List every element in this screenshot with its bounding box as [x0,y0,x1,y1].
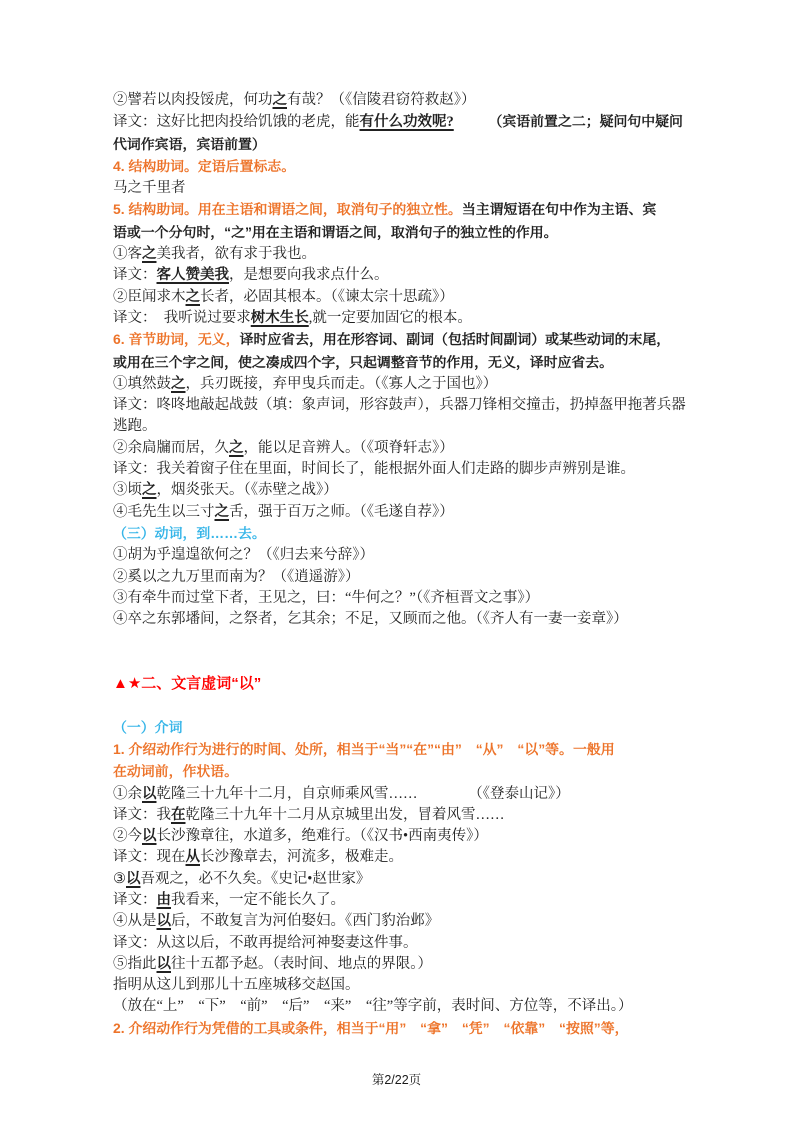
page-footer: 第2/22页 [0,1070,793,1088]
text-segment: 之 [186,289,201,305]
text-segment: 在 [171,807,186,823]
text-line: 译文：我在乾隆三十九年十二月从京城里出发，冒着风雪…… [113,805,691,826]
text-segment: ③ [113,871,126,887]
text-line: 马之千里者 [113,178,691,199]
text-segment: ，能以足音辨人。（《项脊轩志》） [244,440,454,456]
text-segment: ②余扃牖而居，久 [113,440,229,456]
document-page: ②譬若以肉投馁虎，何功之有哉？（《信陵君窃符救赵》）译文：这好比把肉投给饥饿的老… [0,0,793,1122]
text-segment: 5. 结构助词。用在主语和谓语之间，取消句子的独立性。 [113,201,462,217]
text-segment: 之 [273,92,288,108]
text-segment: 以 [157,956,172,972]
text-line: ②譬若以肉投馁虎，何功之有哉？（《信陵君窃符救赵》） [113,90,691,111]
page-number: 第2/22页 [372,1073,421,1087]
text-segment: 语或一个分句时，“之”用在主语和谓语之间，取消句子的独立性的作用。 [113,224,558,240]
text-segment: （三）动词，到……去。 [113,525,266,541]
text-segment: （一）介词 [113,719,182,735]
text-line: ▲★二、文言虚词“以” [113,673,691,695]
text-segment: 后，不敢复言为河伯娶妇。《西门豹治邺》 [171,913,439,929]
text-segment: 6. 音节助词，无义， [113,331,240,347]
text-line: ⑤指此以往十五都予赵。（表时间、地点的界限。） [113,954,691,975]
text-line: ③以吾观之，必不久矣。《史记•赵世家》 [113,869,691,890]
text-line: ②臣闻求木之长者，必固其根本。（《谏太宗十思疏》） [113,287,691,308]
text-segment: 之 [229,440,244,456]
text-segment: 1. 介绍动作行为进行的时间、处所，相当于“当”“在”“由” “从” “以”等。… [113,741,615,757]
text-segment: 译文：我关着窗子住在里面，时间长了，能根据外面人们走路的脚步声辨别是谁。 [113,461,635,477]
text-segment: 从 [186,849,201,865]
text-line: 指明从这儿到那儿十五座城移交赵国。 [113,975,691,996]
text-segment: 4. 结构助词。定语后置标志。 [113,158,295,174]
text-segment: 长沙豫章往，水道多，绝难行。（《汉书•西南夷传》） [157,828,488,844]
text-line: （一）介词 [113,717,691,739]
text-segment: 译文：从这以后，不敢再提给河神娶妻这件事。 [113,935,418,951]
text-line: ④卒之东郭墦间，之祭者，乞其余；不足，又顾而之他。（《齐人有一妻一妾章》） [113,609,691,630]
text-line: 语或一个分句时，“之”用在主语和谓语之间，取消句子的独立性的作用。 [113,222,691,244]
text-segment: 之 [142,246,157,262]
text-segment: ，是想要向我求点什么。 [229,267,389,283]
text-line: ①胡为乎遑遑欲何之？（《归去来兮辞》） [113,545,691,566]
text-segment: ,就一定要加固它的根本。 [309,310,472,326]
text-segment: 译文：咚咚地敲起战鼓（填：象声词，形容鼓声），兵器刀锋相交撞击，扔掉盔甲拖著兵器 [113,397,686,413]
text-segment: 由 [157,892,172,908]
text-segment: 或用在三个字之间，使之凑成四个字，只起调整音节的作用，无义，译时应省去。 [113,354,613,370]
text-segment: 逃跑。 [113,418,157,434]
text-segment: ⑤指此 [113,956,157,972]
text-line: ③顷之，烟炎张天。（《赤壁之战》） [113,480,691,501]
text-line: ②余扃牖而居，久之，能以足音辨人。（《项脊轩志》） [113,438,691,459]
text-line: 译文：客人赞美我，是想要向我求点什么。 [113,265,691,286]
text-segment: ③顷 [113,482,142,498]
text-segment: 译文： [113,267,157,283]
text-line: 译文：这好比把肉投给饥饿的老虎，能有什么功效呢? （宾语前置之二；疑问句中疑问 [113,111,691,133]
text-line: ①填然鼓之，兵刃既接，弃甲曳兵而走。（《寡人之于国也》） [113,374,691,395]
text-segment: 乾隆三十九年十二月从京城里出发，冒着风雪…… [186,807,505,823]
text-line: 2. 介绍动作行为凭借的工具或条件，相当于“用” “拿” “凭” “依靠” “按… [113,1018,691,1040]
text-line: ①余以乾隆三十九年十二月，自京师乘风雪…… （《登泰山记》） [113,784,691,805]
text-segment: ①胡为乎遑遑欲何之？（《归去来兮辞》） [113,547,374,563]
text-segment: 有什么功效呢? [360,114,454,130]
text-segment: ①余 [113,786,142,802]
text-line: ③有牵牛而过堂下者，王见之，曰：“牛何之？”（《齐桓晋文之事》） [113,588,691,609]
text-segment: 之 [171,376,186,392]
text-line: 译文：现在从长沙豫章去，河流多，极难走。 [113,847,691,868]
text-segment: 译文：这好比把肉投给饥饿的老虎，能 [113,114,360,130]
text-segment: ②臣闻求木 [113,289,186,305]
document-body: ②譬若以肉投馁虎，何功之有哉？（《信陵君窃符救赵》）译文：这好比把肉投给饥饿的老… [113,90,691,1040]
text-line: 逃跑。 [113,416,691,437]
text-segment: ▲★二、文言虚词“以” [113,675,261,692]
text-segment: （放在“上” “下” “前” “后” “来” “往”等字前，表时间、方位等，不译… [113,998,632,1014]
text-line: （三）动词，到……去。 [113,523,691,545]
text-segment: 客人赞美我 [157,267,230,283]
text-segment: 吾观之，必不久矣。《史记•赵世家》 [141,871,371,887]
text-segment: 乾隆三十九年十二月，自京师乘风雪…… （《登泰山记》） [157,786,570,802]
text-segment: ，烟炎张天。（《赤壁之战》） [157,482,338,498]
text-segment: ③有牵牛而过堂下者，王见之，曰：“牛何之？”（《齐桓晋文之事》） [113,590,539,606]
text-segment: ②奚以之九万里而南为？（《逍遥游》） [113,569,360,585]
text-segment: ②今 [113,828,142,844]
text-line [113,695,691,716]
text-line: 译文：从这以后，不敢再提给河神娶妻这件事。 [113,933,691,954]
text-segment: ①客 [113,246,142,262]
text-segment: ①填然鼓 [113,376,171,392]
text-line: 6. 音节助词，无义，译时应省去，用在形容词、副词（包括时间副词）或某些动词的末… [113,329,691,351]
text-segment: ，兵刃既接，弃甲曳兵而走。（《寡人之于国也》） [186,376,498,392]
text-segment: 代词作宾语，宾语前置） [113,136,266,152]
text-segment: 树木生长 [251,310,309,326]
text-line: 译文：咚咚地敲起战鼓（填：象声词，形容鼓声），兵器刀锋相交撞击，扔掉盔甲拖著兵器 [113,395,691,416]
text-segment: （宾语前置之二；疑问句中疑问 [454,113,683,129]
text-line: ④毛先生以三寸之舌，强于百万之师。（《毛遂自荐》） [113,502,691,523]
text-line: 译文： 我听说过要求树木生长,就一定要加固它的根本。 [113,308,691,329]
text-segment: ④毛先生以三寸 [113,504,215,520]
text-line: （放在“上” “下” “前” “后” “来” “往”等字前，表时间、方位等，不译… [113,996,691,1017]
text-segment: ④卒之东郭墦间，之祭者，乞其余；不足，又顾而之他。（《齐人有一妻一妾章》） [113,611,628,627]
text-segment: 马之千里者 [113,180,186,196]
text-line [113,652,691,673]
text-line [113,630,691,651]
text-line: 译文：我关着窗子住在里面，时间长了，能根据外面人们走路的脚步声辨别是谁。 [113,459,691,480]
text-segment: 译文： [113,892,157,908]
text-line: 5. 结构助词。用在主语和谓语之间，取消句子的独立性。当主谓短语在句中作为主语、… [113,199,691,221]
text-segment: 以 [142,786,157,802]
text-segment: 以 [157,913,172,929]
text-line: 或用在三个字之间，使之凑成四个字，只起调整音节的作用，无义，译时应省去。 [113,352,691,374]
text-segment: 2. 介绍动作行为凭借的工具或条件，相当于“用” “拿” “凭” “依靠” “按… [113,1020,629,1036]
text-segment: 译时应省去，用在形容词、副词（包括时间副词）或某些动词的末尾， [240,331,671,347]
text-segment: 指明从这儿到那儿十五座城移交赵国。 [113,977,360,993]
text-segment: 在动词前，作状语。 [113,763,238,779]
text-line: ①客之美我者，欲有求于我也。 [113,244,691,265]
text-line: 代词作宾语，宾语前置） [113,134,691,156]
text-segment: 美我者，欲有求于我也。 [157,246,317,262]
text-segment: 以 [126,871,141,887]
text-segment: ②譬若以肉投馁虎，何功 [113,92,273,108]
text-line: ②今以长沙豫章往，水道多，绝难行。（《汉书•西南夷传》） [113,826,691,847]
text-line: 4. 结构助词。定语后置标志。 [113,156,691,178]
text-line: 在动词前，作状语。 [113,761,691,783]
text-line: ④从是以后，不敢复言为河伯娶妇。《西门豹治邺》 [113,911,691,932]
text-segment: 舌，强于百万之师。（《毛遂自荐》） [229,504,454,520]
text-segment: 以 [142,828,157,844]
text-segment: 之 [142,482,157,498]
text-segment: 译文：现在 [113,849,186,865]
text-segment: 当主谓短语在句中作为主语、宾 [462,201,656,217]
text-segment: 之 [215,504,230,520]
text-segment: 长沙豫章去，河流多，极难走。 [200,849,403,865]
text-line: 译文：由我看来，一定不能长久了。 [113,890,691,911]
text-segment: 译文： 我听说过要求 [113,310,251,326]
text-segment: 长者，必固其根本。（《谏太宗十思疏》） [200,289,454,305]
text-segment: 有哉？（《信陵君窃符救赵》） [287,92,476,108]
text-segment: 译文：我 [113,807,171,823]
text-segment: 往十五都予赵。（表时间、地点的界限。） [171,956,432,972]
text-segment: 我看来，一定不能长久了。 [171,892,345,908]
text-segment: ④从是 [113,913,157,929]
text-line: ②奚以之九万里而南为？（《逍遥游》） [113,567,691,588]
text-line: 1. 介绍动作行为进行的时间、处所，相当于“当”“在”“由” “从” “以”等。… [113,739,691,761]
